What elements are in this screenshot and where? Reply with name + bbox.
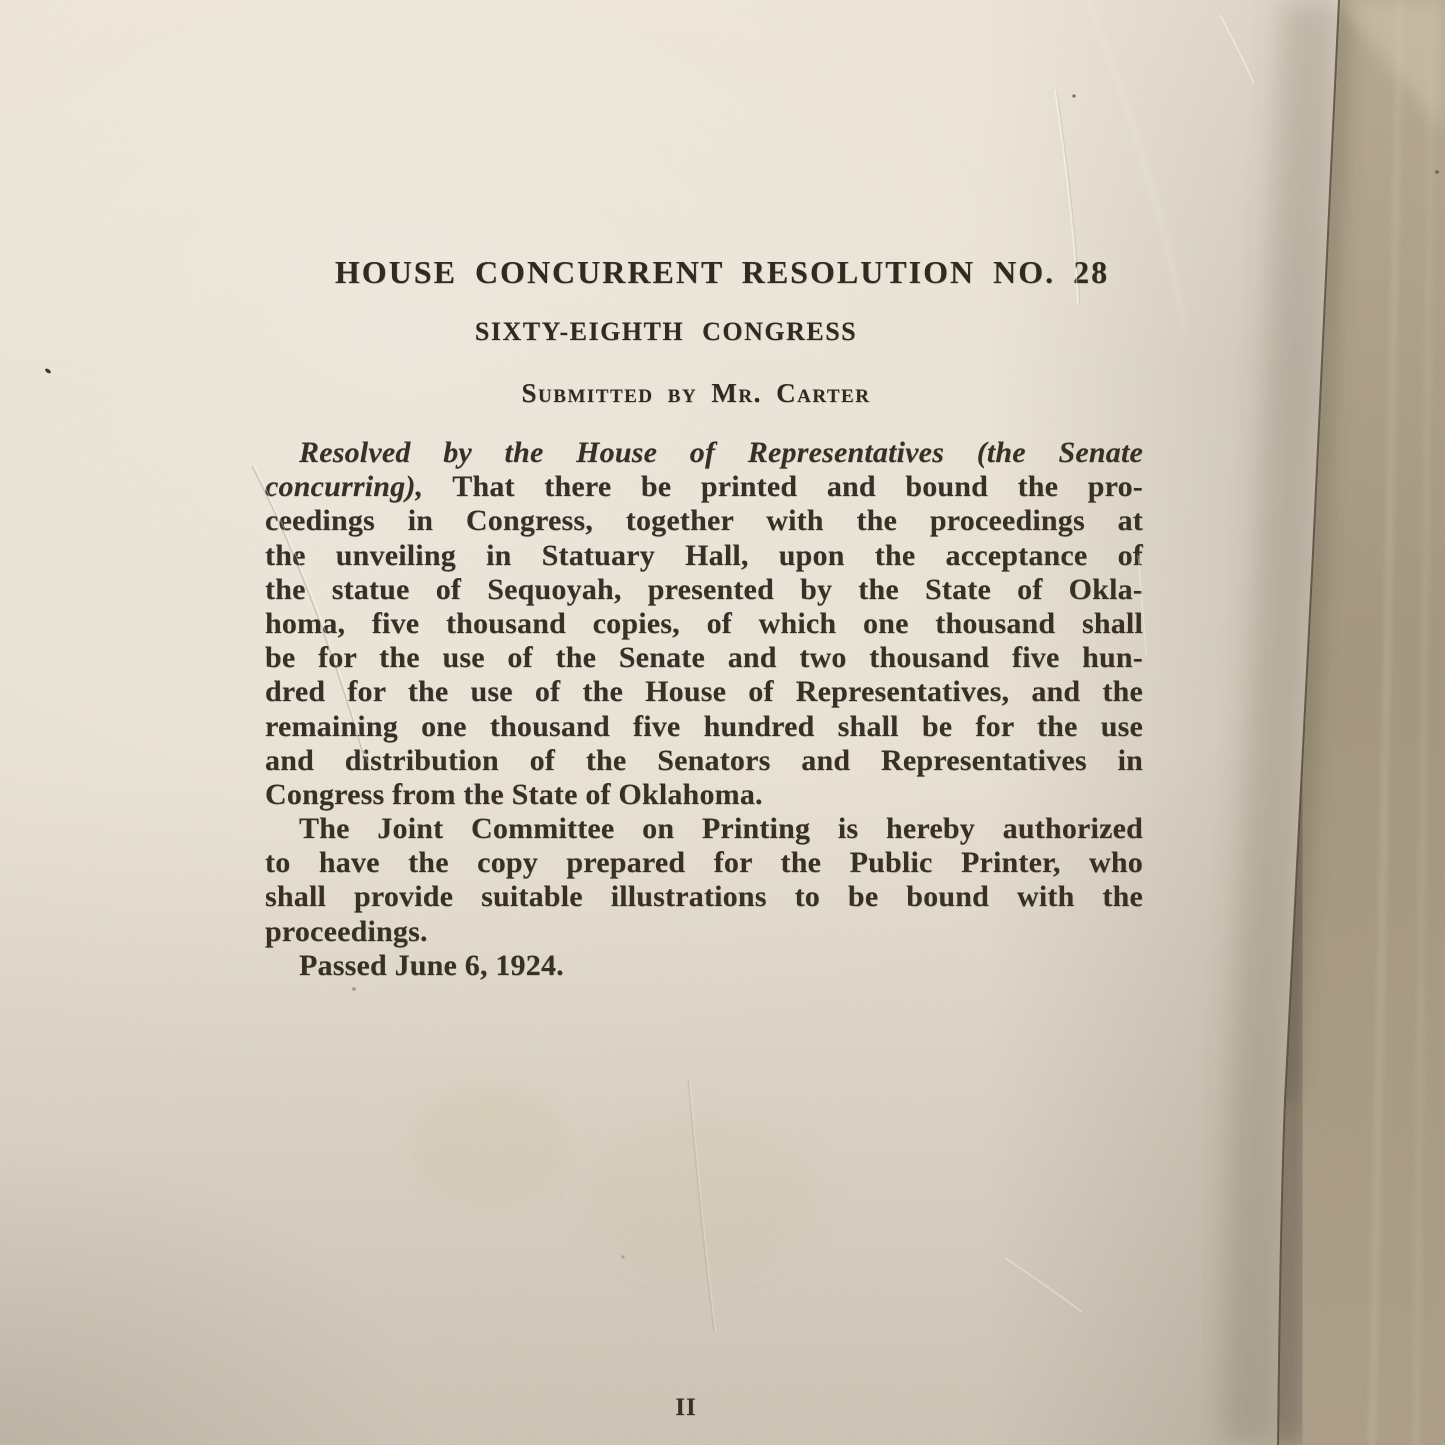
body-line: the unveiling in Statuary Hall, upon the… [265,539,1143,573]
resolution-body: Resolved by the House of Representatives… [265,436,1143,983]
congress-subheading: SIXTY-EIGHTH CONGRESS [227,317,1105,347]
body-line: the statue of Sequoyah, presented by the… [265,573,1143,607]
body-line: The Joint Committee on Printing is hereb… [265,812,1143,846]
body-line: Congress from the State of Oklahoma. [265,778,1143,812]
page-heading: HOUSE CONCURRENT RESOLUTION NO. 28 [283,254,1161,290]
body-line: ceedings in Congress, together with the … [265,504,1143,538]
body-line: and distribution of the Senators and Rep… [265,744,1143,778]
body-line: remaining one thousand five hundred shal… [265,710,1143,744]
book-photo: HOUSE CONCURRENT RESOLUTION NO. 28 SIXTY… [0,0,1445,1445]
body-line: Passed June 6, 1924. [265,949,1143,983]
body-line: be for the use of the Senate and two tho… [265,641,1143,675]
body-line: dred for the use of the House of Represe… [265,675,1143,709]
body-line: proceedings. [265,915,1143,949]
body-line: homa, five thousand copies, of which one… [265,607,1143,641]
body-line: concurring), That there be printed and b… [265,470,1143,504]
page-number: II [247,1394,1125,1422]
body-line: to have the copy prepared for the Public… [265,846,1143,880]
body-line: Resolved by the House of Representatives… [265,436,1143,470]
submitted-byline: Submitted by Mr. Carter [257,378,1135,409]
body-line: shall provide suitable illustrations to … [265,880,1143,914]
